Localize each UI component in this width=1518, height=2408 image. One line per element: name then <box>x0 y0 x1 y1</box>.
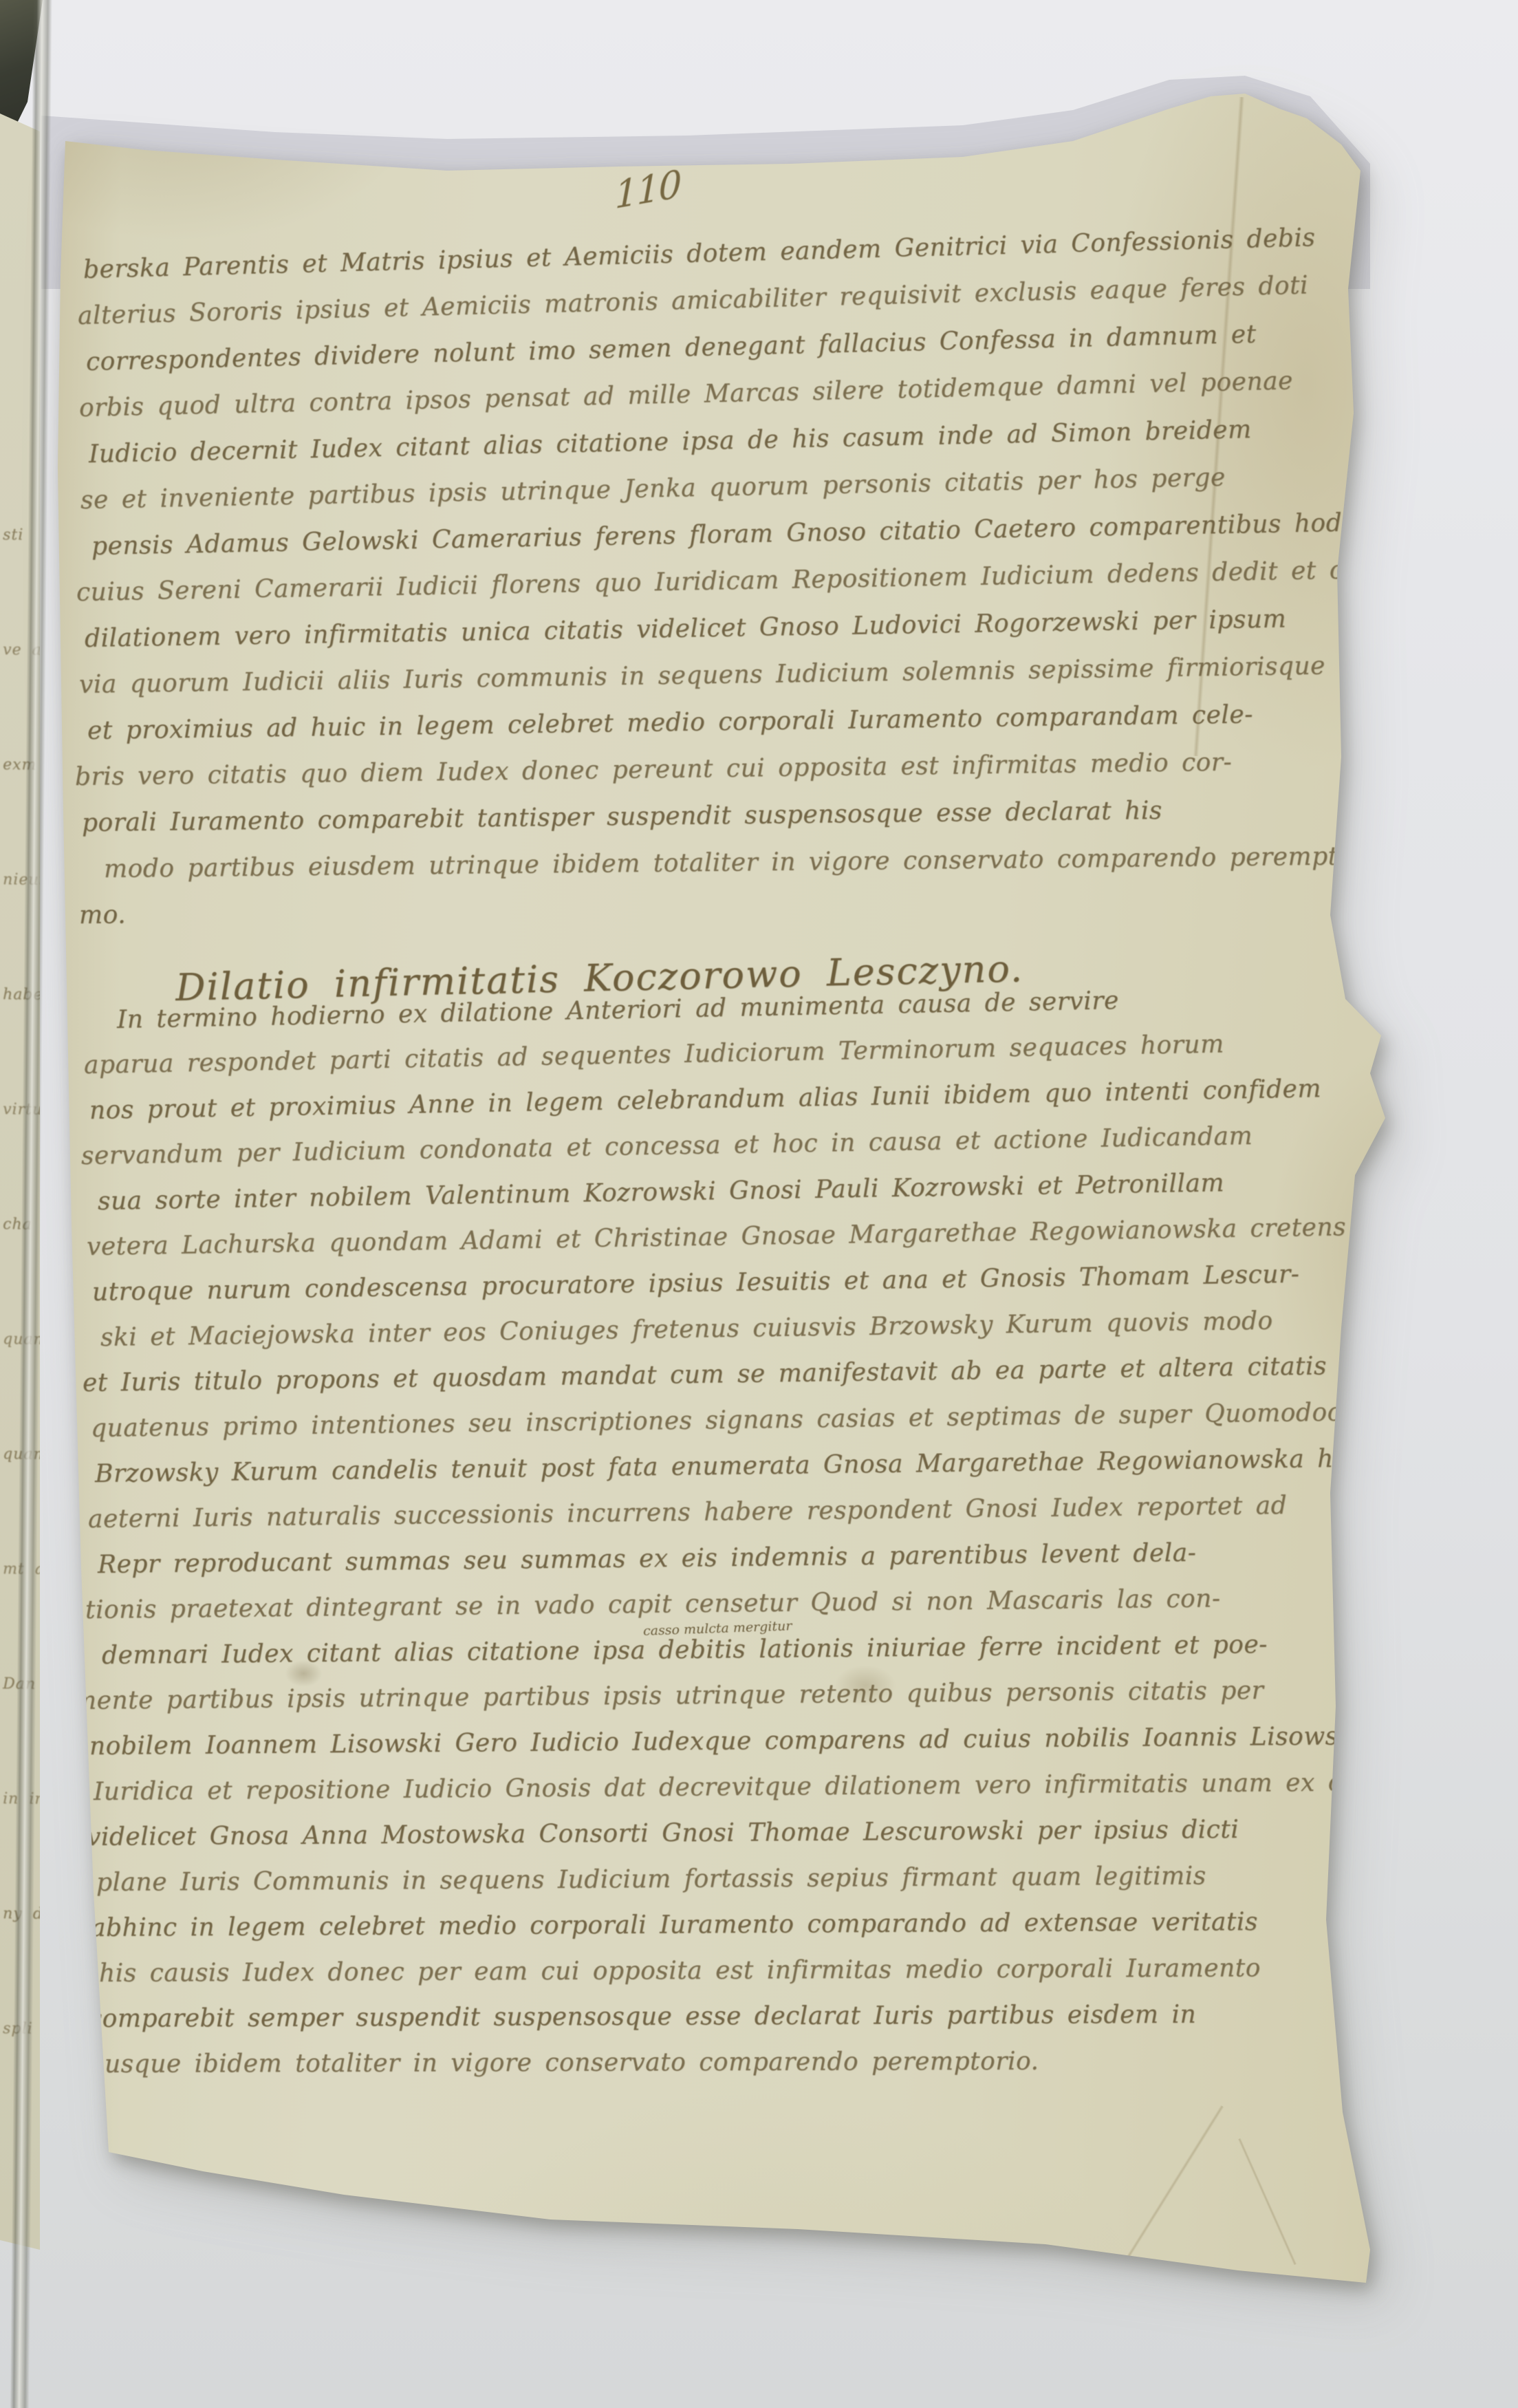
manuscript-text-line: servandum per Iudicium condonata et conc… <box>81 1122 1253 1170</box>
manuscript-text-line: aeterni Iuris naturalis successionis inc… <box>88 1492 1288 1534</box>
manuscript-text-line: nos prout et proximius Anne in legem cel… <box>89 1075 1322 1125</box>
manuscript-text-line: Brzowsky Kurum candelis tenuit post fata… <box>95 1444 1388 1488</box>
manuscript-text-line: Repr reproducant summas seu summas ex ei… <box>98 1539 1197 1579</box>
manuscript-text-line: In termino hodierno ex dilatione Anterio… <box>117 987 1120 1034</box>
manuscript-text-line: nobilem Ioannem Lisowski Gero Iudicio Iu… <box>89 1722 1362 1761</box>
manuscript-text-line: sua sorte inter nobilem Valentinum Kozro… <box>98 1169 1225 1216</box>
manuscript-text-line: et Iuris titulo propons et quosdam manda… <box>83 1351 1384 1397</box>
manuscript-text-line: his causis Iudex donec per eam cui oppos… <box>99 1954 1261 1988</box>
manuscript-text-line: quatenus primo intentiones seu inscripti… <box>91 1397 1429 1443</box>
page-wrap: 110 berska Parentis et Matris ipsius et … <box>0 0 1518 2408</box>
manuscript-page: 110 berska Parentis et Matris ipsius et … <box>0 0 1518 2408</box>
manuscript-text-line: mente partibus ipsis utrinque partibus i… <box>73 1677 1264 1715</box>
manuscript-text-line: comparebit semper suspendit suspensosque… <box>88 2001 1196 2033</box>
manuscript-text-line: abhinc in legem celebret medio corporali… <box>91 1908 1258 1942</box>
manuscript-text-line: ski et Maciejowska inter eos Coniuges fr… <box>100 1307 1273 1352</box>
manuscript-text-line: plane Iuris Communis in sequens Iudicium… <box>96 1862 1206 1897</box>
manuscript-text-line: Iuridica et repositione Iudicio Gnosis d… <box>94 1768 1408 1806</box>
manuscript-text-line: utroque nurum condescensa procuratore ip… <box>92 1260 1300 1307</box>
manuscript-text-line: usque ibidem totaliter in vigore conserv… <box>105 2047 1039 2078</box>
manuscript-text-line: aparua respondet parti citatis ad sequen… <box>84 1030 1224 1079</box>
manuscript-text-line: videlicet Gnosa Anna Mostowska Consorti … <box>87 1816 1239 1851</box>
manuscript-text-line: tionis praetexat dintegrant se in vado c… <box>85 1584 1221 1624</box>
manuscript-scan: stive aexmnieurhabetvirtutchaquan'squamm… <box>0 0 1518 2408</box>
paragraph-2: In termino hodierno ex dilatione Anterio… <box>0 0 1518 2408</box>
manuscript-text-line: vetera Lachurska quondam Adami et Christ… <box>87 1213 1347 1261</box>
